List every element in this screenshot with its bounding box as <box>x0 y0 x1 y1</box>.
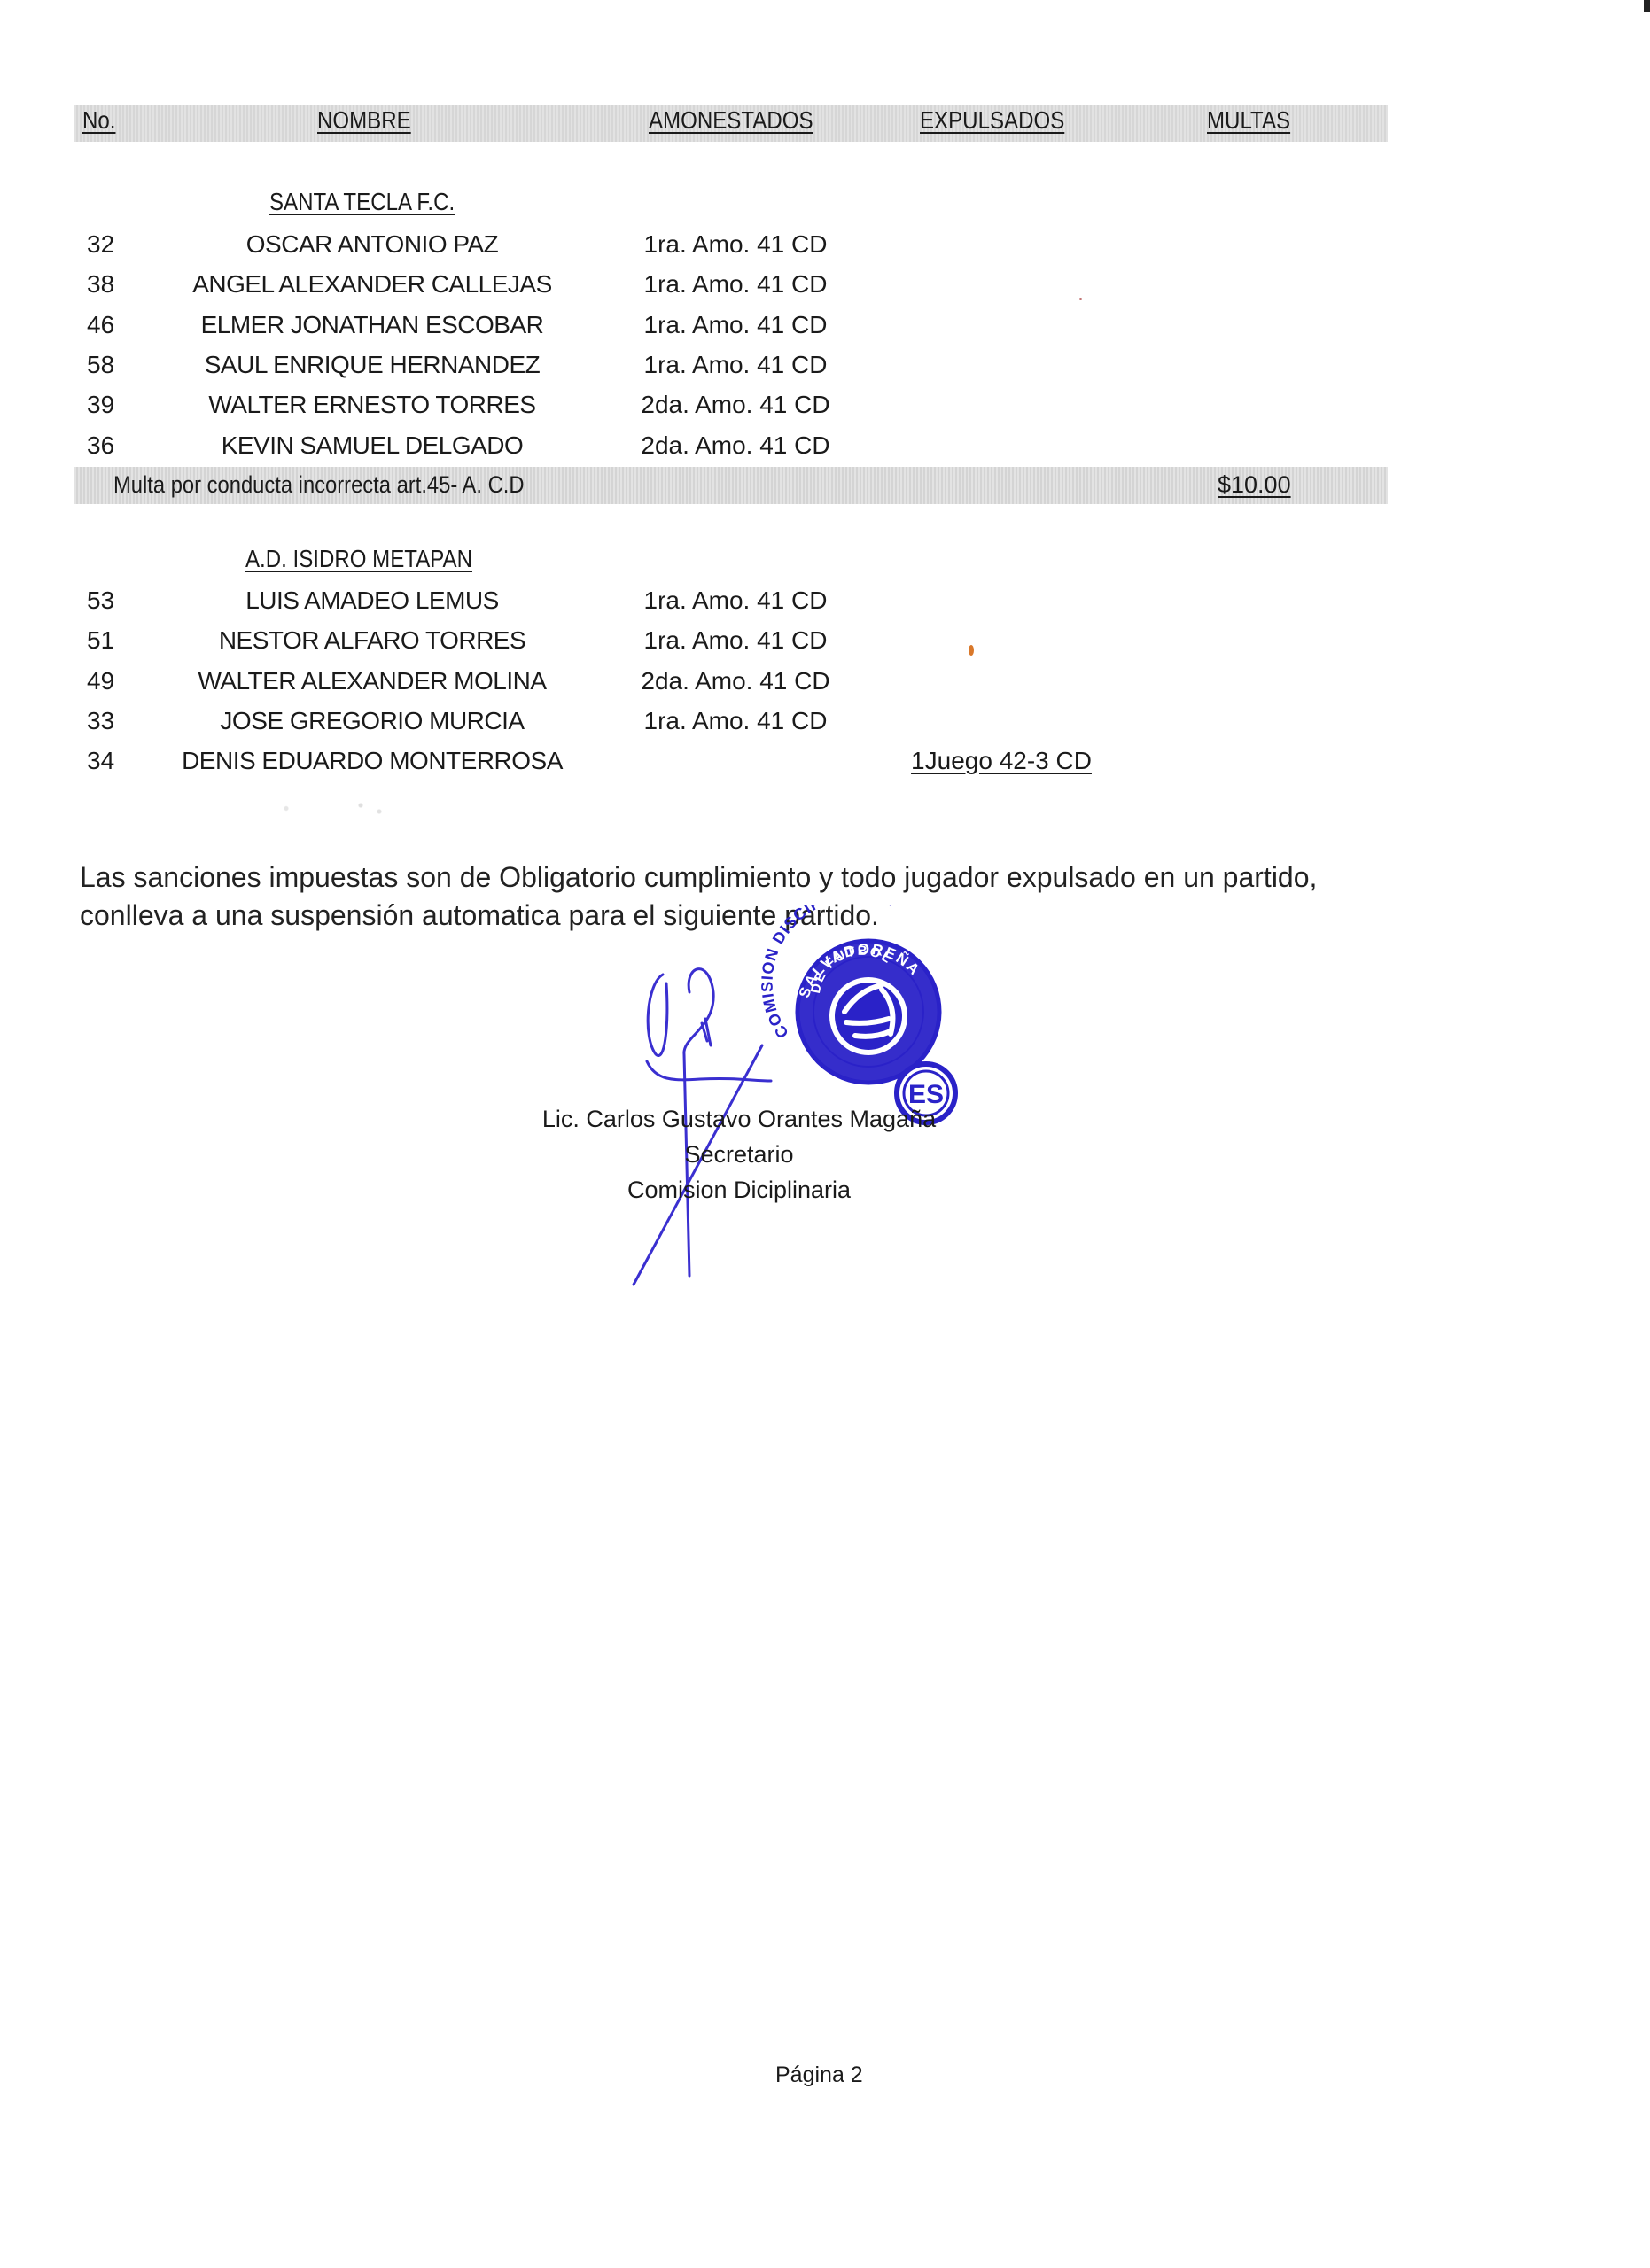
player-number: 58 <box>87 351 114 379</box>
scan-speck <box>969 645 974 656</box>
player-name: DENIS EDUARDO MONTERROSA <box>142 747 603 775</box>
player-name: OSCAR ANTONIO PAZ <box>142 230 603 259</box>
player-number: 32 <box>87 230 114 259</box>
table-row: 39WALTER ERNESTO TORRES2da. Amo. 41 CD <box>0 391 1650 430</box>
table-row: 36KEVIN SAMUEL DELGADO2da. Amo. 41 CD <box>0 431 1650 470</box>
expulsados-cell: 1Juego 42-3 CD <box>886 747 1117 775</box>
player-number: 38 <box>87 270 114 299</box>
player-name: WALTER ERNESTO TORRES <box>142 391 603 419</box>
player-number: 34 <box>87 747 114 775</box>
player-name: ELMER JONATHAN ESCOBAR <box>142 311 603 339</box>
fine-amount: $10.00 <box>1218 471 1291 499</box>
table-row: 58SAUL ENRIQUE HERNANDEZ1ra. Amo. 41 CD <box>0 351 1650 390</box>
player-name: ANGEL ALEXANDER CALLEJAS <box>142 270 603 299</box>
player-number: 39 <box>87 391 114 419</box>
header-expulsados: EXPULSADOS <box>920 106 1064 135</box>
player-number: 51 <box>87 626 114 655</box>
amonestados-cell: 2da. Amo. 41 CD <box>638 667 833 695</box>
header-nombre: NOMBRE <box>317 106 411 135</box>
scan-residue <box>230 793 416 824</box>
table-row: 49WALTER ALEXANDER MOLINA2da. Amo. 41 CD <box>0 667 1650 706</box>
player-number: 46 <box>87 311 114 339</box>
note-line-1: Las sanciones impuestas son de Obligator… <box>80 861 1317 894</box>
amonestados-cell: 1ra. Amo. 41 CD <box>638 707 833 735</box>
signatory-title: Secretario <box>473 1141 1005 1169</box>
amonestados-cell: 2da. Amo. 41 CD <box>638 431 833 460</box>
table-row: 32OSCAR ANTONIO PAZ1ra. Amo. 41 CD <box>0 230 1650 269</box>
player-name: LUIS AMADEO LEMUS <box>142 586 603 615</box>
scan-speck <box>1079 298 1082 300</box>
player-number: 49 <box>87 667 114 695</box>
amonestados-cell: 1ra. Amo. 41 CD <box>638 311 833 339</box>
table-row: 51NESTOR ALFARO TORRES1ra. Amo. 41 CD <box>0 626 1650 665</box>
scan-edge-mark <box>1644 0 1650 12</box>
player-number: 36 <box>87 431 114 460</box>
header-amonestados: AMONESTADOS <box>649 106 813 135</box>
amonestados-cell: 1ra. Amo. 41 CD <box>638 270 833 299</box>
fine-description: Multa por conducta incorrecta art.45- A.… <box>113 471 525 499</box>
table-row: 46ELMER JONATHAN ESCOBAR1ra. Amo. 41 CD <box>0 311 1650 350</box>
amonestados-cell: 1ra. Amo. 41 CD <box>638 230 833 259</box>
player-number: 53 <box>87 586 114 615</box>
amonestados-cell: 1ra. Amo. 41 CD <box>638 351 833 379</box>
signatory-name: Lic. Carlos Gustavo Orantes Magaña <box>473 1106 1005 1133</box>
page-number: Página 2 <box>775 2062 863 2088</box>
player-name: KEVIN SAMUEL DELGADO <box>142 431 603 460</box>
header-multas: MULTAS <box>1207 106 1290 135</box>
team-name: SANTA TECLA F.C. <box>269 188 455 216</box>
amonestados-cell: 1ra. Amo. 41 CD <box>638 626 833 655</box>
table-row: 33JOSE GREGORIO MURCIA1ra. Amo. 41 CD <box>0 707 1650 746</box>
player-number: 33 <box>87 707 114 735</box>
header-no: No. <box>82 106 115 135</box>
player-name: WALTER ALEXANDER MOLINA <box>142 667 603 695</box>
table-row: 53LUIS AMADEO LEMUS1ra. Amo. 41 CD <box>0 586 1650 625</box>
team-name: A.D. ISIDRO METAPAN <box>245 545 472 573</box>
player-name: NESTOR ALFARO TORRES <box>142 626 603 655</box>
amonestados-cell: 1ra. Amo. 41 CD <box>638 586 833 615</box>
table-row: 34DENIS EDUARDO MONTERROSA1Juego 42-3 CD <box>0 747 1650 786</box>
table-row: 38ANGEL ALEXANDER CALLEJAS1ra. Amo. 41 C… <box>0 270 1650 309</box>
signatory-department: Comision Diciplinaria <box>473 1177 1005 1204</box>
player-name: SAUL ENRIQUE HERNANDEZ <box>142 351 603 379</box>
amonestados-cell: 2da. Amo. 41 CD <box>638 391 833 419</box>
player-name: JOSE GREGORIO MURCIA <box>142 707 603 735</box>
